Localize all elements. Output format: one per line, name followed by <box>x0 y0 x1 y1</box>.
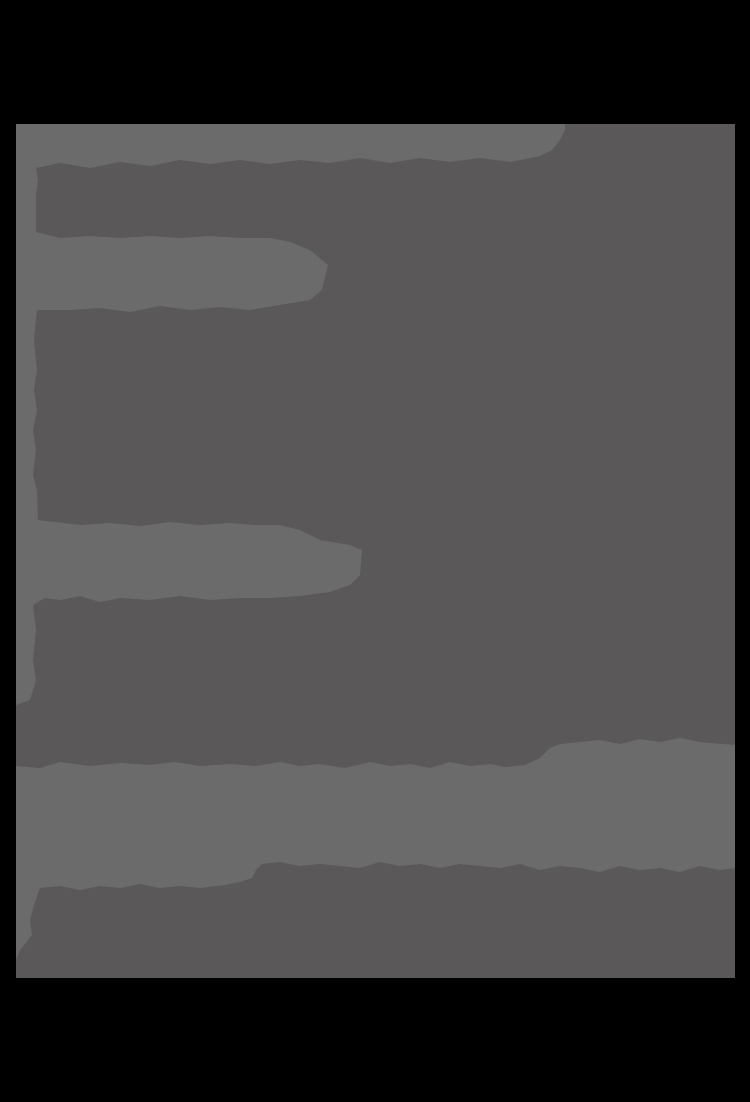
abstract-gray-shapes <box>0 0 750 1102</box>
dark-gray-silhouette <box>16 124 735 768</box>
